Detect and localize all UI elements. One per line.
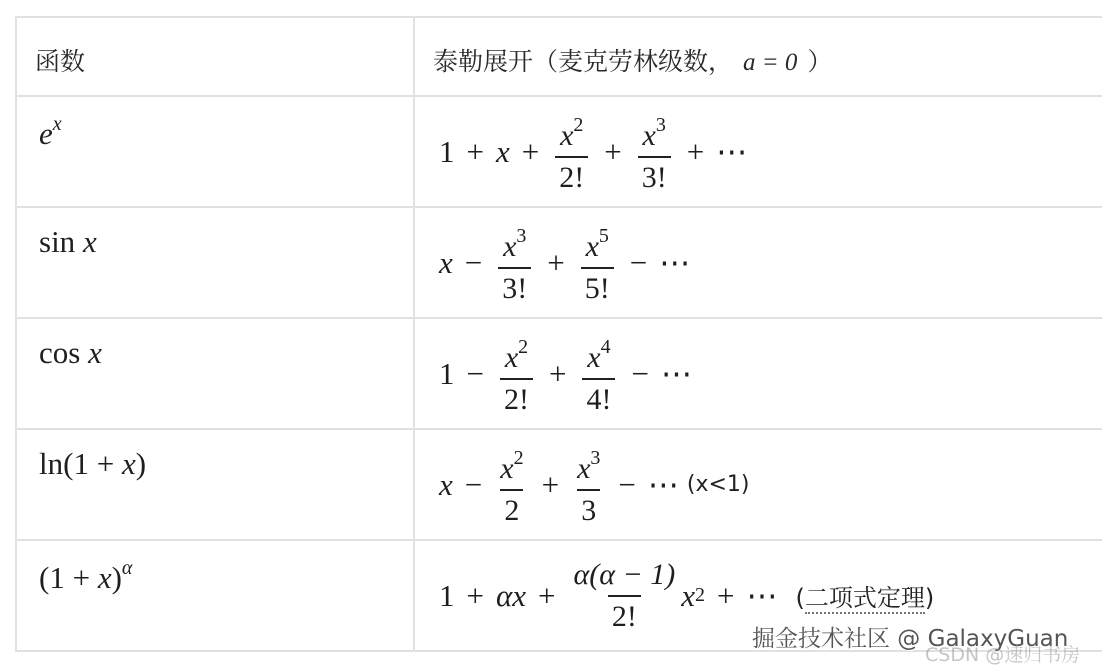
- numerator: x2: [498, 440, 525, 489]
- fn-name: cos: [39, 335, 80, 370]
- num-sup: 3: [656, 114, 666, 136]
- denominator: 2!: [500, 378, 533, 418]
- denominator: 2!: [555, 156, 588, 196]
- expansion-sin: x − x33! + x55! − ⋯: [415, 208, 1102, 317]
- numerator: x3: [575, 440, 602, 489]
- function-cell: sin x: [16, 207, 414, 318]
- term: αx: [496, 578, 526, 614]
- num-sup: 2: [573, 114, 583, 136]
- operator: +: [522, 134, 539, 170]
- expansion-cos: 1 − x22! + x44! − ⋯: [415, 319, 1102, 428]
- term: x: [439, 467, 453, 503]
- fn-arg-open: (1 +: [63, 446, 122, 481]
- term: 1: [439, 134, 455, 170]
- fraction: x22: [498, 440, 525, 529]
- operator: +: [542, 467, 559, 503]
- operator: +: [547, 245, 564, 281]
- fn-var: x: [83, 224, 97, 259]
- operator: +: [538, 578, 555, 614]
- table-row: cos x 1 − x22! + x44! − ⋯: [16, 318, 1102, 429]
- num-base: x: [560, 119, 573, 152]
- denominator: 5!: [581, 267, 614, 307]
- term: 1: [439, 578, 455, 614]
- term: x: [681, 578, 695, 614]
- operator: +: [604, 134, 621, 170]
- operator: +: [717, 578, 734, 614]
- numerator: x3: [641, 107, 668, 156]
- function-ln: ln(1 + x): [17, 430, 413, 482]
- header-cell-expansion: 泰勒展开（麦克劳林级数，a = 0）: [414, 17, 1102, 96]
- header-expansion-text: 泰勒展开（麦克劳林级数，: [433, 47, 733, 76]
- header-function-label: 函数: [17, 18, 413, 78]
- note-text: 二项式定理: [805, 584, 925, 614]
- operator: −: [630, 245, 647, 281]
- num-sup: 5: [599, 225, 609, 247]
- watermark-csdn: CSDN @速归书房: [925, 640, 1080, 667]
- note-close: ): [925, 584, 934, 612]
- function-cell: ln(1 + x): [16, 429, 414, 540]
- term-sup: 2: [695, 584, 705, 607]
- denominator: 2!: [608, 595, 641, 635]
- expansion-cell: x − x22 + x33 − ⋯ (x<1): [414, 429, 1102, 540]
- fn-name: ln: [39, 446, 63, 481]
- function-cos: cos x: [17, 319, 413, 371]
- numerator: x2: [503, 329, 530, 378]
- fraction: x22!: [555, 107, 588, 196]
- table-row: ln(1 + x) x − x22 + x33 − ⋯ (x<1): [16, 429, 1102, 540]
- function-exp: ex: [17, 97, 413, 152]
- fn-var: x: [88, 335, 102, 370]
- ellipsis: ⋯: [661, 356, 692, 392]
- binomial-note: (二项式定理): [795, 578, 934, 613]
- num-base: x: [577, 452, 590, 485]
- num-base: x: [587, 341, 600, 374]
- operator: +: [467, 134, 484, 170]
- num-sup: 2: [518, 336, 528, 358]
- fn-base: e: [39, 116, 53, 151]
- numerator: x5: [584, 218, 611, 267]
- function-cell: cos x: [16, 318, 414, 429]
- ellipsis: ⋯: [746, 578, 777, 614]
- function-cell: ex: [16, 96, 414, 207]
- fraction: α(α − 1)2!: [572, 557, 678, 635]
- note-open: (: [795, 584, 804, 612]
- fn-open: (1 +: [39, 560, 98, 595]
- operator: +: [549, 356, 566, 392]
- num-base: x: [643, 119, 656, 152]
- term: x: [439, 245, 453, 281]
- numerator: x4: [585, 329, 612, 378]
- expansion-cell: 1 + x + x22! + x33! + ⋯: [414, 96, 1102, 207]
- fraction: x55!: [581, 218, 614, 307]
- num-sup: 2: [514, 447, 524, 469]
- table-row: ex 1 + x + x22! + x33! + ⋯: [16, 96, 1102, 207]
- fn-sup: α: [122, 557, 133, 579]
- num-base: x: [500, 452, 513, 485]
- expansion-ln: x − x22 + x33 − ⋯ (x<1): [415, 430, 1102, 539]
- denominator: 3!: [638, 156, 671, 196]
- expansion-exp: 1 + x + x22! + x33! + ⋯: [415, 97, 1102, 206]
- fraction: x33!: [638, 107, 671, 196]
- num-sup: 4: [601, 336, 611, 358]
- operator: −: [618, 467, 635, 503]
- num-base: x: [503, 230, 516, 263]
- table-header-row: 函数 泰勒展开（麦克劳林级数，a = 0）: [16, 17, 1102, 96]
- operator: −: [465, 467, 482, 503]
- header-expansion-math: a = 0: [743, 49, 797, 76]
- operator: −: [467, 356, 484, 392]
- denominator: 4!: [582, 378, 615, 418]
- denominator: 3!: [498, 267, 531, 307]
- fn-arg-close: ): [136, 446, 146, 481]
- table-row: sin x x − x33! + x55! − ⋯: [16, 207, 1102, 318]
- fraction: x33: [575, 440, 602, 529]
- fn-close: ): [112, 560, 122, 595]
- function-sin: sin x: [17, 208, 413, 260]
- num-base: x: [586, 230, 599, 263]
- fn-var: x: [98, 560, 112, 595]
- function-cell: (1 + x)α: [16, 540, 414, 651]
- expansion-cell: 1 − x22! + x44! − ⋯: [414, 318, 1102, 429]
- condition-note: (x<1): [687, 472, 750, 497]
- operator: −: [465, 245, 482, 281]
- term: x: [496, 134, 510, 170]
- operator: −: [631, 356, 648, 392]
- fn-name: sin: [39, 224, 75, 259]
- ellipsis: ⋯: [716, 134, 747, 170]
- num-base: x: [505, 341, 518, 374]
- ellipsis: ⋯: [659, 245, 690, 281]
- term: 1: [439, 356, 455, 392]
- header-expansion-close: ）: [807, 47, 832, 76]
- operator: +: [467, 578, 484, 614]
- fraction: x44!: [582, 329, 615, 418]
- numerator: x3: [501, 218, 528, 267]
- num-sup: 3: [516, 225, 526, 247]
- numerator: x2: [558, 107, 585, 156]
- header-expansion-label: 泰勒展开（麦克劳林级数，a = 0）: [415, 18, 1102, 78]
- fraction: x22!: [500, 329, 533, 418]
- operator: +: [687, 134, 704, 170]
- fn-var: x: [122, 446, 136, 481]
- ellipsis: ⋯: [648, 467, 679, 503]
- fraction: x33!: [498, 218, 531, 307]
- fn-sup: x: [53, 113, 62, 135]
- function-binomial: (1 + x)α: [17, 541, 413, 596]
- denominator: 3: [577, 489, 600, 529]
- num-sup: 3: [590, 447, 600, 469]
- taylor-series-table: 函数 泰勒展开（麦克劳林级数，a = 0） ex 1 + x + x22! + …: [15, 16, 1102, 652]
- header-cell-function: 函数: [16, 17, 414, 96]
- expansion-cell: x − x33! + x55! − ⋯: [414, 207, 1102, 318]
- denominator: 2: [500, 489, 523, 529]
- numerator: α(α − 1): [572, 557, 678, 595]
